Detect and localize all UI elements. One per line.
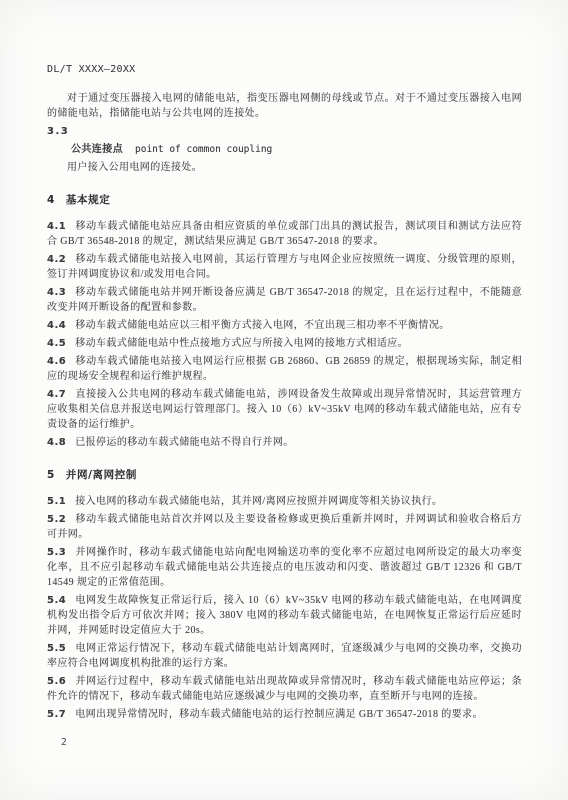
- clause-number: 5.7: [47, 709, 66, 720]
- section-heading: 5并网/离网控制: [47, 468, 522, 483]
- term-number: 3.3: [47, 124, 522, 139]
- page-number: 2: [61, 737, 67, 748]
- paragraph: 用户接入公用电网的连接处。: [47, 160, 522, 175]
- clause-number: 4.8: [47, 437, 66, 448]
- clause: 4.3移动车载式储能电站并网开断设备应满足 GB/T 36547-2018 的规…: [47, 285, 522, 315]
- section-title: 基本规定: [66, 194, 110, 206]
- clause: 4.2移动车载式储能电站接入电网前，其运行管理方与电网企业应按照统一调度、分级管…: [47, 252, 522, 282]
- section-title: 并网/离网控制: [66, 469, 137, 481]
- clause-number: 4.6: [47, 356, 66, 367]
- term-chinese: 公共连接点: [71, 144, 123, 155]
- section-heading: 4基本规定: [47, 193, 522, 208]
- clause: 4.8已报停运的移动车载式储能电站不得自行并网。: [47, 435, 522, 450]
- clause-number: 5.2: [47, 514, 66, 525]
- term-entry: 公共连接点point of common coupling: [47, 142, 522, 157]
- term-english: point of common coupling: [135, 144, 272, 155]
- clause: 4.6移动车载式储能电站接入电网运行应根据 GB 26860、GB 26859 …: [47, 354, 522, 384]
- clause: 5.3并网操作时，移动车载式储能电站向配电网输送功率的变化率不应超过电网所设定的…: [47, 545, 522, 590]
- clause-number: 4.5: [47, 338, 66, 349]
- section-number: 4: [47, 194, 55, 206]
- clause: 5.6并网运行过程中，移动车载式储能电站出现故障或异常情况时，移动车载式储能电站…: [47, 674, 522, 704]
- clause: 4.1移动车载式储能电站应具备由相应资质的单位或部门出具的测试报告，测试项目和测…: [47, 219, 522, 249]
- clause: 4.7直接接入公共电网的移动车载式储能电站，涉网设备发生故障或出现异常情况时，其…: [47, 387, 522, 432]
- section-number: 5: [47, 469, 55, 481]
- clause-number: 4.7: [47, 389, 66, 400]
- clause-number: 5.5: [47, 643, 66, 654]
- clause-number: 5.4: [47, 595, 66, 606]
- clause-number: 5.6: [47, 676, 66, 687]
- clause: 5.4电网发生故障恢复正常运行后，接入 10（6）kV~35kV 电网的移动车载…: [47, 593, 522, 638]
- clause: 5.5电网正常运行情况下，移动车载式储能电站计划离网时，宜逐级减少与电网的交换功…: [47, 641, 522, 671]
- clause-number: 5.3: [47, 547, 66, 558]
- standard-number-header: DL/T XXXX—20XX: [47, 64, 522, 75]
- document-content: 对于通过变压器接入电网的储能电站，指变压器电网侧的母线或节点。对于不通过变压器接…: [47, 91, 522, 722]
- paragraph: 对于通过变压器接入电网的储能电站，指变压器电网侧的母线或节点。对于不通过变压器接…: [47, 91, 522, 121]
- clause: 5.7电网出现异常情况时，移动车载式储能电站的运行控制应满足 GB/T 3654…: [47, 707, 522, 722]
- clause-number: 4.4: [47, 320, 66, 331]
- clause-number: 5.1: [47, 496, 66, 507]
- clause-number: 4.1: [47, 221, 66, 232]
- clause: 5.2移动车载式储能电站首次并网以及主要设备检修或更换后重新并网时，并网调试和验…: [47, 512, 522, 542]
- clause-number: 4.2: [47, 254, 66, 265]
- document-page: DL/T XXXX—20XX 对于通过变压器接入电网的储能电站，指变压器电网侧的…: [0, 0, 568, 800]
- clause: 4.4移动车载式储能电站应以三相平衡方式接入电网，不宜出现三相功率不平衡情况。: [47, 318, 522, 333]
- clause: 4.5移动车载式储能电站中性点接地方式应与所接入电网的接地方式相适应。: [47, 336, 522, 351]
- clause: 5.1接入电网的移动车载式储能电站，其并网/离网应按照并网调度等相关协议执行。: [47, 494, 522, 509]
- clause-number: 4.3: [47, 287, 66, 298]
